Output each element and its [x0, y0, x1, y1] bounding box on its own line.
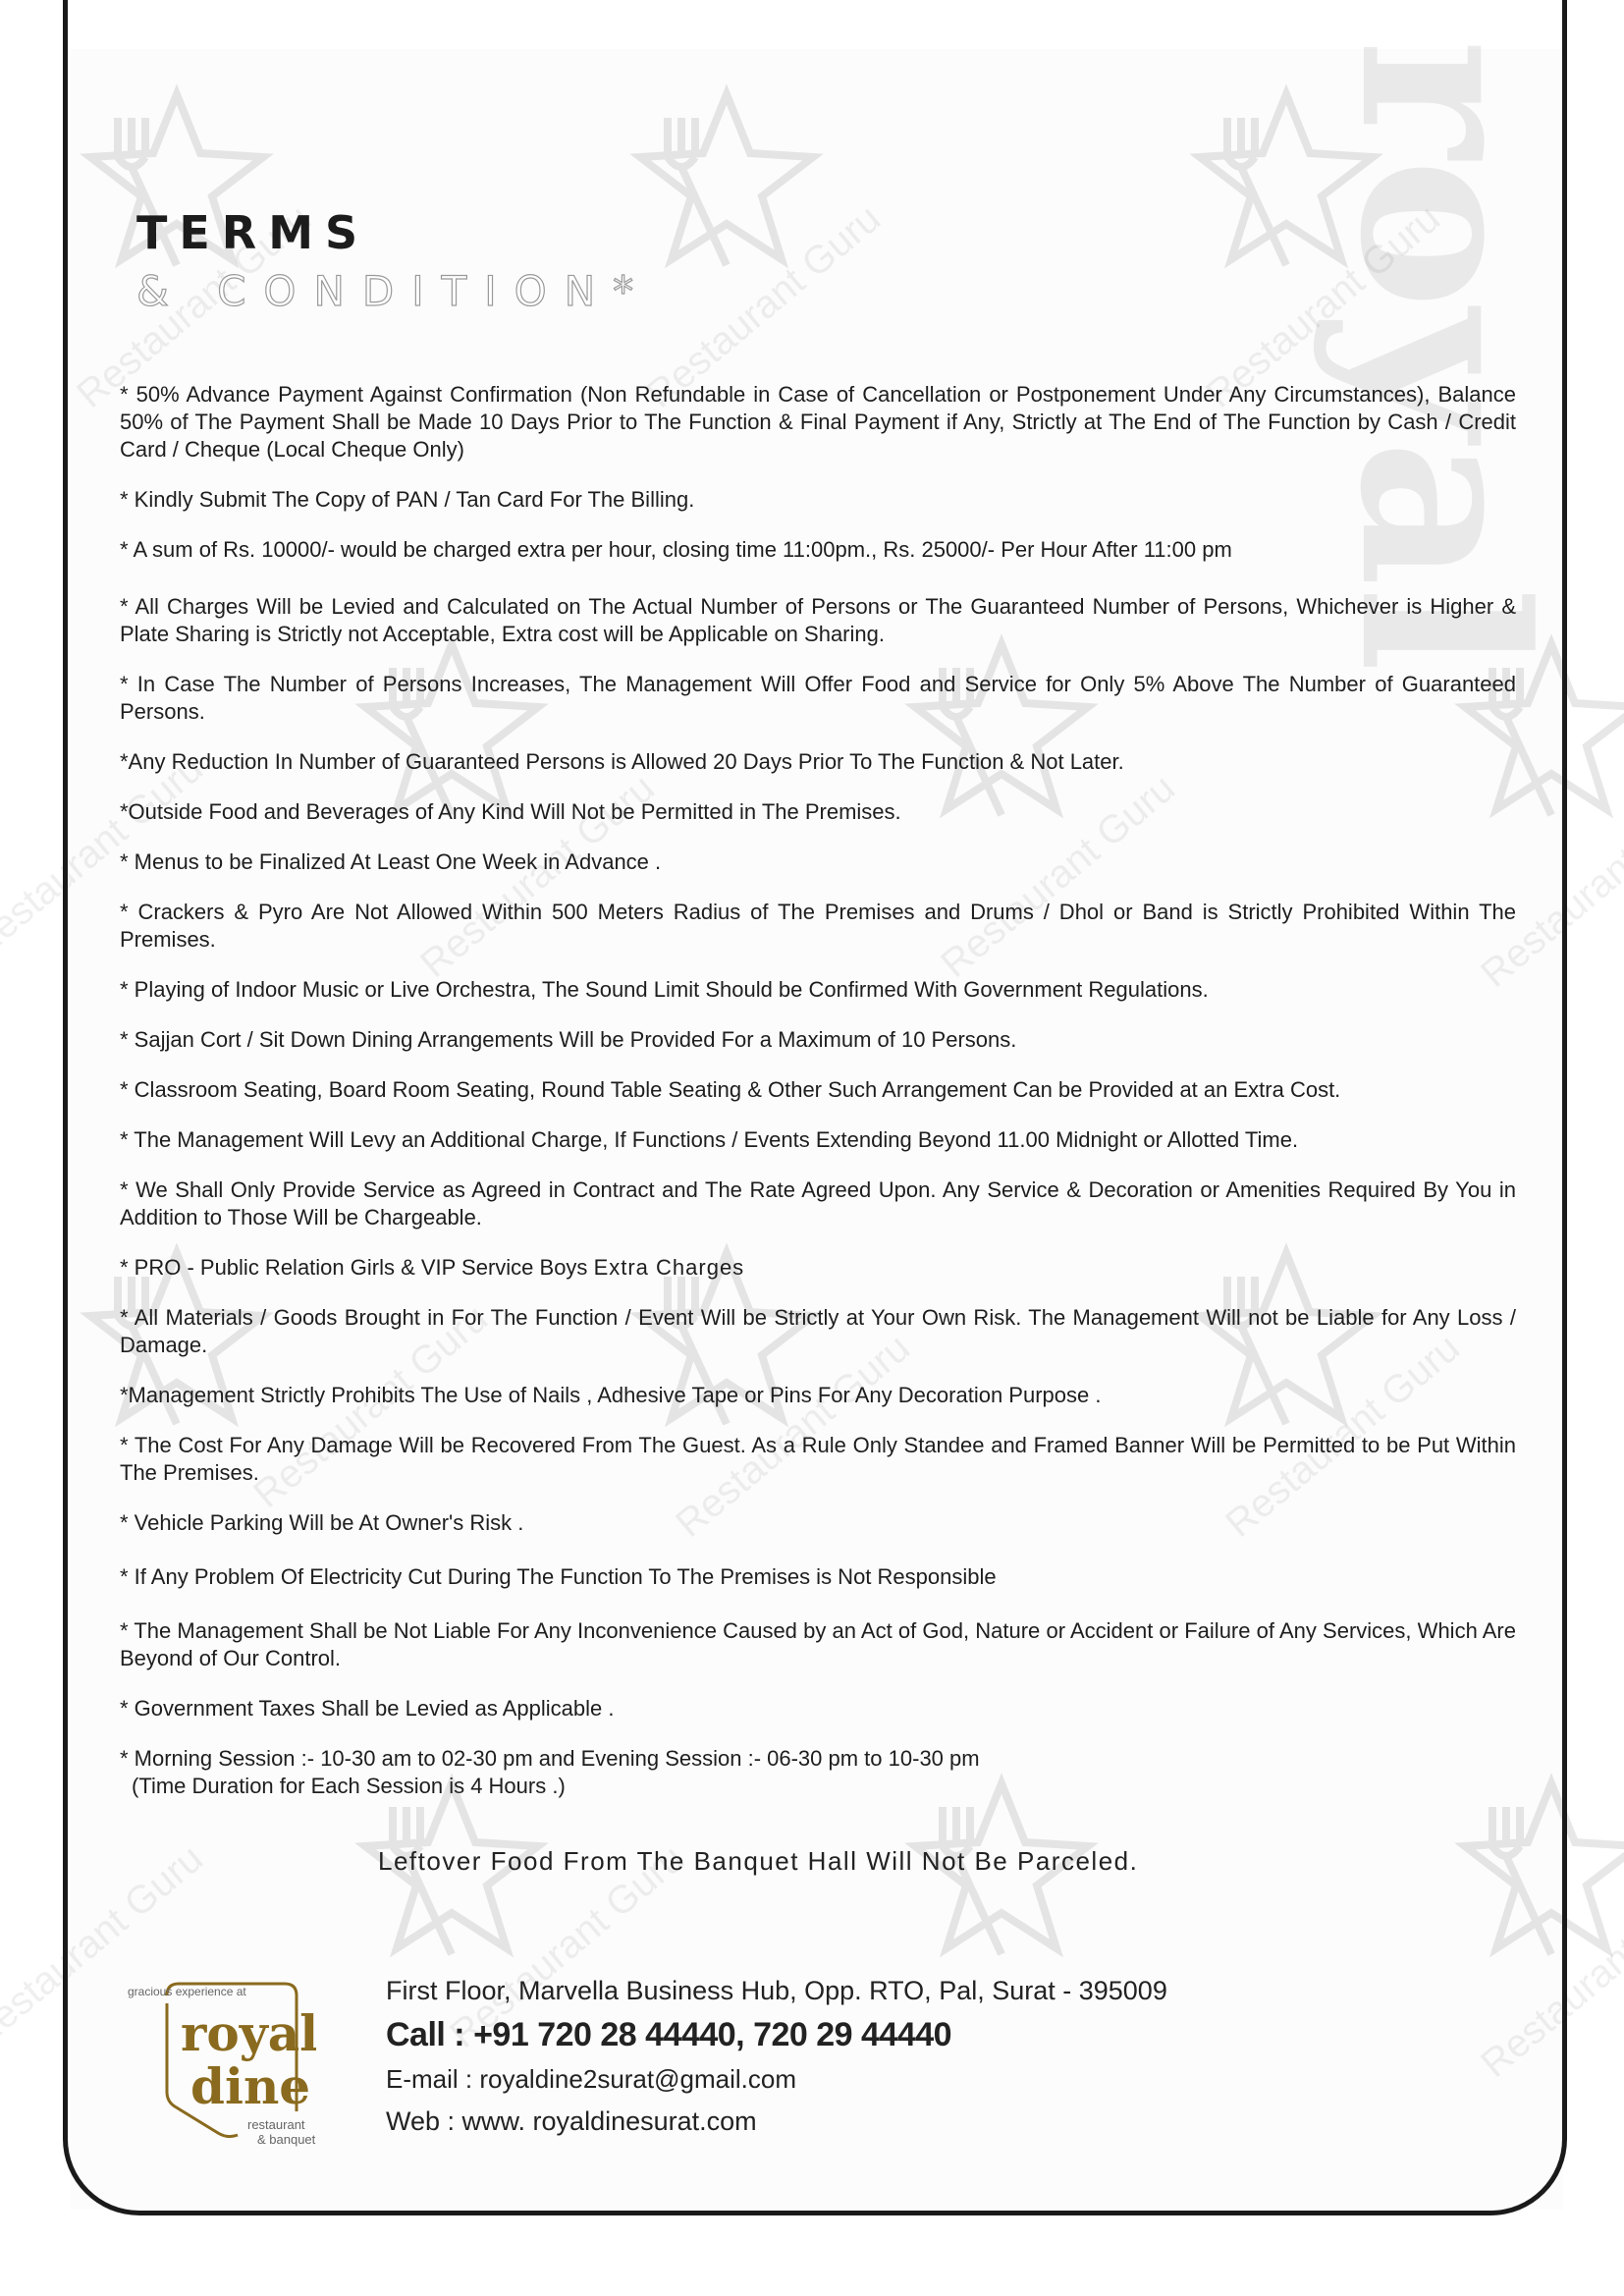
- term-item: * If Any Problem Of Electricity Cut Duri…: [120, 1563, 1516, 1591]
- term-item: * Classroom Seating, Board Room Seating,…: [120, 1076, 1516, 1104]
- term-item: * The Management Shall be Not Liable For…: [120, 1617, 1516, 1672]
- term-item: *Outside Food and Beverages of Any Kind …: [120, 798, 1516, 826]
- contact-email[interactable]: E-mail : royaldine2surat@gmail.com: [386, 2064, 1167, 2095]
- leftover-notice: Leftover Food From The Banquet Hall Will…: [378, 1846, 1138, 1877]
- term-item: * A sum of Rs. 10000/- would be charged …: [120, 536, 1516, 564]
- contact-block: First Floor, Marvella Business Hub, Opp.…: [386, 1976, 1167, 2137]
- term-item: * The Management Will Levy an Additional…: [120, 1126, 1516, 1154]
- term-pro-text: * PRO - Public Relation Girls & VIP Serv…: [120, 1255, 587, 1280]
- term-item: * Vehicle Parking Will be At Owner's Ris…: [120, 1509, 1516, 1537]
- term-item: * 50% Advance Payment Against Confirmati…: [120, 381, 1516, 464]
- title-main: TERMS: [136, 206, 651, 259]
- contact-phone[interactable]: Call : +91 720 28 44440, 720 29 44440: [386, 2016, 1167, 2054]
- contact-address: First Floor, Marvella Business Hub, Opp.…: [386, 1976, 1167, 2006]
- terms-list: * 50% Advance Payment Against Confirmati…: [120, 381, 1516, 1823]
- term-item: * Kindly Submit The Copy of PAN / Tan Ca…: [120, 486, 1516, 514]
- term-item: * Crackers & Pyro Are Not Allowed Within…: [120, 899, 1516, 954]
- term-item: * Playing of Indoor Music or Live Orches…: [120, 976, 1516, 1004]
- term-item-pro: * PRO - Public Relation Girls & VIP Serv…: [120, 1254, 1516, 1282]
- logo-sub-line1: restaurant: [247, 2117, 305, 2132]
- term-item: * All Materials / Goods Brought in For T…: [120, 1304, 1516, 1359]
- term-item: * The Cost For Any Damage Will be Recove…: [120, 1432, 1516, 1487]
- term-item: * Morning Session :- 10-30 am to 02-30 p…: [120, 1745, 1516, 1773]
- title-sub: & CONDITION*: [136, 267, 651, 315]
- term-item: *Any Reduction In Number of Guaranteed P…: [120, 748, 1516, 776]
- term-item: * All Charges Will be Levied and Calcula…: [120, 593, 1516, 648]
- royal-dine-logo: gracious experience at royal dine restau…: [120, 1974, 316, 2151]
- term-pro-extra: Extra Charges: [594, 1255, 745, 1280]
- logo-name-line2: dine: [190, 2057, 310, 2115]
- term-item: * We Shall Only Provide Service as Agree…: [120, 1176, 1516, 1231]
- term-item: *Management Strictly Prohibits The Use o…: [120, 1382, 1516, 1409]
- logo-frame-icon: gracious experience at royal dine restau…: [120, 1974, 316, 2151]
- term-item: * Government Taxes Shall be Levied as Ap…: [120, 1695, 1516, 1722]
- logo-sub-line2: & banquet: [257, 2132, 316, 2147]
- logo-tagline: gracious experience at: [128, 1985, 246, 1998]
- term-item: * Menus to be Finalized At Least One Wee…: [120, 848, 1516, 876]
- term-item: (Time Duration for Each Session is 4 Hou…: [120, 1773, 1516, 1800]
- contact-website[interactable]: Web : www. royaldinesurat.com: [386, 2106, 1167, 2137]
- term-item: * Sajjan Cort / Sit Down Dining Arrangem…: [120, 1026, 1516, 1054]
- page-title: TERMS & CONDITION*: [136, 206, 651, 315]
- logo-name-line1: royal: [181, 2004, 316, 2062]
- term-item: * In Case The Number of Persons Increase…: [120, 671, 1516, 726]
